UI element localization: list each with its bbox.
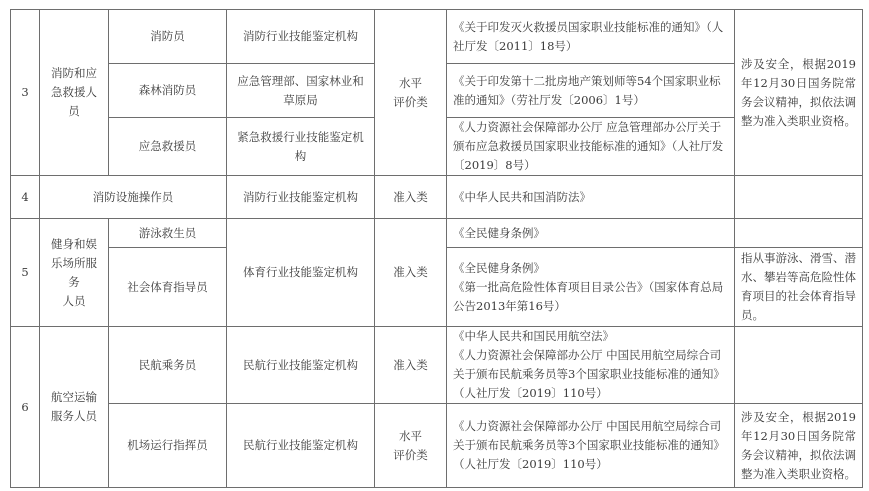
occupation-cell: 森林消防员 — [109, 64, 227, 118]
note-cell — [735, 176, 863, 219]
category-line: 务 — [46, 273, 102, 292]
table-row: 6 航空运输服务人员 民航乘务员 民航行业技能鉴定机构 准入类 《中华人民共和国… — [11, 327, 863, 404]
seq-cell: 4 — [11, 176, 40, 219]
basis-line: 《全民健身条例》 — [453, 259, 728, 278]
occupation-cell: 消防员 — [109, 10, 227, 64]
basis-cell: 《中华人民共和国消防法》 — [447, 176, 735, 219]
occupation-cell: 消防设施操作员 — [40, 176, 227, 219]
note-cell: 涉及安全，根据2019年12月30日国务院常务会议精神，拟依法调整为准入类职业资… — [735, 404, 863, 488]
type-cell: 准入类 — [375, 219, 447, 327]
category-line: 健身和娱 — [46, 235, 102, 254]
occupation-cell: 机场运行指挥员 — [109, 404, 227, 488]
type-cell: 水平 评价类 — [375, 10, 447, 176]
table-row: 5 健身和娱 乐场所服 务 人员 游泳救生员 体育行业技能鉴定机构 准入类 《全… — [11, 219, 863, 248]
type-line: 水平 — [381, 74, 440, 93]
basis-cell: 《全民健身条例》 — [447, 219, 735, 248]
basis-line: 《中华人民共和国民用航空法》 — [453, 327, 728, 346]
agency-cell: 民航行业技能鉴定机构 — [227, 404, 375, 488]
type-cell: 准入类 — [375, 327, 447, 404]
category-line: 人员 — [46, 292, 102, 311]
basis-line: 《第一批高危险性体育项目目录公告》（国家体育总局公告2013年第16号） — [453, 278, 728, 316]
basis-cell: 《关于印发灭火救援员国家职业技能标准的通知》（人社厅发〔2011〕18号） — [447, 10, 735, 64]
type-line: 水平 — [381, 427, 440, 446]
occupation-cell: 民航乘务员 — [109, 327, 227, 404]
basis-cell: 《人力资源社会保障部办公厅 中国民用航空局综合司关于颁布民航乘务员等3个国家职业… — [447, 404, 735, 488]
occupation-cell: 社会体育指导员 — [109, 248, 227, 327]
agency-cell: 紧急救援行业技能鉴定机构 — [227, 118, 375, 176]
seq-cell: 5 — [11, 219, 40, 327]
basis-cell: 《人力资源社会保障部办公厅 应急管理部办公厅关于颁布应急救援员国家职业技能标准的… — [447, 118, 735, 176]
agency-cell: 民航行业技能鉴定机构 — [227, 327, 375, 404]
note-cell — [735, 219, 863, 248]
type-line: 评价类 — [381, 93, 440, 112]
seq-cell: 6 — [11, 327, 40, 488]
agency-cell: 消防行业技能鉴定机构 — [227, 10, 375, 64]
note-cell: 指从事游泳、滑雪、潜水、攀岩等高危险性体育项目的社会体育指导员。 — [735, 248, 863, 327]
note-cell — [735, 327, 863, 404]
basis-cell: 《全民健身条例》 《第一批高危险性体育项目目录公告》（国家体育总局公告2013年… — [447, 248, 735, 327]
agency-cell: 体育行业技能鉴定机构 — [227, 219, 375, 327]
category-cell: 航空运输服务人员 — [40, 327, 109, 488]
occupation-cell: 游泳救生员 — [109, 219, 227, 248]
occupation-cell: 应急救援员 — [109, 118, 227, 176]
basis-line: 《人力资源社会保障部办公厅 中国民用航空局综合司关于颁布民航乘务员等3个国家职业… — [453, 346, 728, 403]
basis-cell: 《中华人民共和国民用航空法》 《人力资源社会保障部办公厅 中国民用航空局综合司关… — [447, 327, 735, 404]
category-cell: 健身和娱 乐场所服 务 人员 — [40, 219, 109, 327]
category-line: 乐场所服 — [46, 254, 102, 273]
category-cell: 消防和应急救援人员 — [40, 10, 109, 176]
type-cell: 准入类 — [375, 176, 447, 219]
type-cell: 水平 评价类 — [375, 404, 447, 488]
table-row: 3 消防和应急救援人员 消防员 消防行业技能鉴定机构 水平 评价类 《关于印发灭… — [11, 10, 863, 64]
type-line: 评价类 — [381, 446, 440, 465]
agency-cell: 消防行业技能鉴定机构 — [227, 176, 375, 219]
note-cell: 涉及安全，根据2019年12月30日国务院常务会议精神，拟依法调整为准入类职业资… — [735, 10, 863, 176]
agency-cell: 应急管理部、国家林业和草原局 — [227, 64, 375, 118]
table-row: 4 消防设施操作员 消防行业技能鉴定机构 准入类 《中华人民共和国消防法》 — [11, 176, 863, 219]
seq-cell: 3 — [11, 10, 40, 176]
table-row: 机场运行指挥员 民航行业技能鉴定机构 水平 评价类 《人力资源社会保障部办公厅 … — [11, 404, 863, 488]
basis-cell: 《关于印发第十二批房地产策划师等54个国家职业标准的通知》（劳社厅发〔2006〕… — [447, 64, 735, 118]
occupational-qualification-table: 3 消防和应急救援人员 消防员 消防行业技能鉴定机构 水平 评价类 《关于印发灭… — [10, 9, 863, 488]
